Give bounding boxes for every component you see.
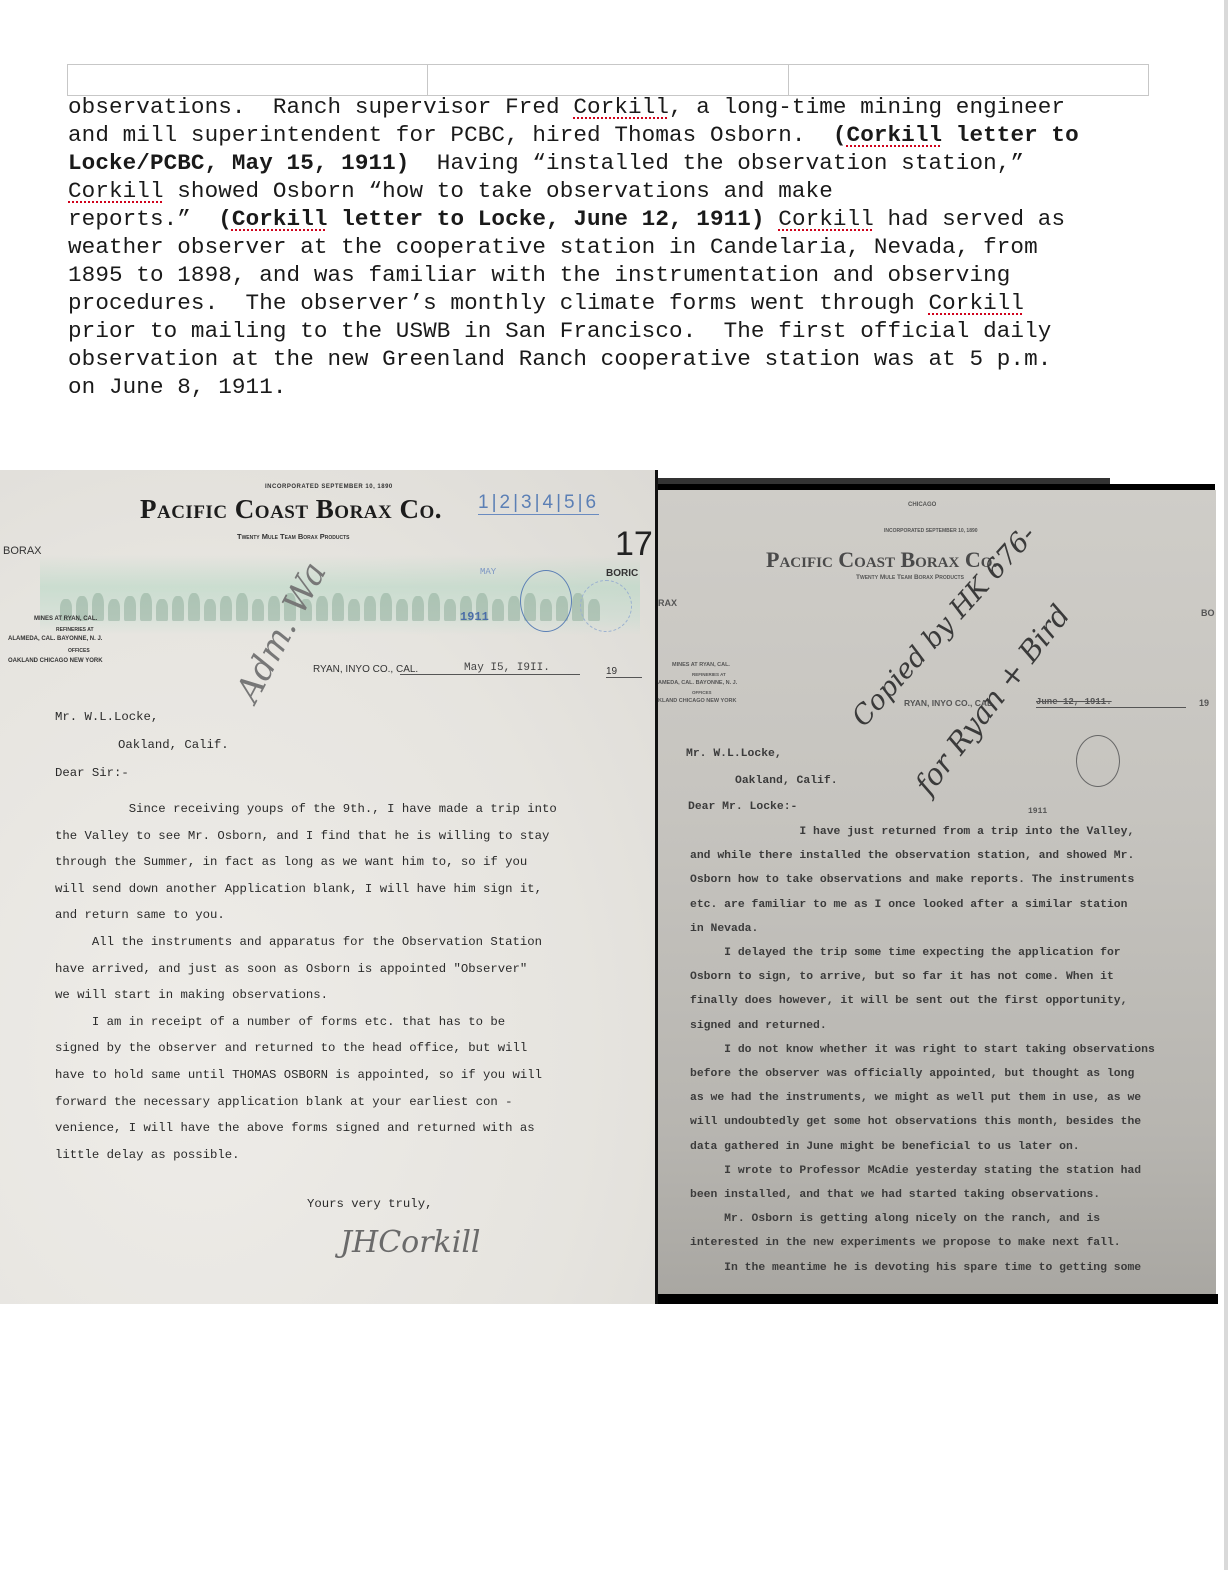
paragraph-line: observation at the new Greenland Ranch c… — [68, 345, 1168, 373]
letter-salutation: Dear Mr. Locke:- — [688, 801, 797, 813]
paragraph-line: weather observer at the cooperative stat… — [68, 233, 1168, 261]
received-stamp-year: 1911 — [1028, 807, 1047, 816]
citation-text: ( — [833, 122, 847, 148]
letter-line: have arrived, and just as soon as Osborn… — [55, 962, 527, 976]
mule-icon — [428, 593, 440, 621]
letterhead-company-name: Pacific Coast Borax Co. — [766, 547, 998, 573]
letter-line: I have just returned from a trip into th… — [690, 826, 1134, 838]
letterhead-subtitle: Twenty Mule Team Borax Products — [237, 532, 350, 541]
letterhead-mines: MINES AT RYAN, CAL. — [34, 616, 97, 622]
letter-date: May I5, I9II. — [400, 662, 580, 675]
letter-line: Osborn to sign, to arrive, but so far it… — [690, 971, 1114, 983]
paragraph-line: Corkill showed Osborn “how to take obser… — [68, 177, 1168, 205]
letterhead-borax-label: BORAX — [3, 545, 42, 557]
empty-table-row — [67, 64, 1149, 96]
mule-icon — [236, 593, 248, 621]
mule-icon — [444, 599, 456, 621]
citation-text: letter to Locke, June 12, 1911) — [328, 206, 765, 232]
letter-image-june-12-1911: CHICAGO INCORPORATED SEPTEMBER 10, 1890 … — [655, 470, 1228, 1304]
clock-stamp-icon — [520, 570, 572, 632]
letter-line: I wrote to Professor McAdie yesterday st… — [690, 1165, 1141, 1177]
mule-icon — [108, 599, 120, 621]
letter-line: will undoubtedly get some hot observatio… — [690, 1116, 1141, 1128]
letter-line: signed and returned. — [690, 1020, 827, 1032]
letter-line: finally does however, it will be sent ou… — [690, 995, 1127, 1007]
letterhead-incorporated: INCORPORATED SEPTEMBER 10, 1890 — [884, 528, 978, 534]
letter-line: I am in receipt of a number of forms etc… — [55, 1015, 505, 1029]
table-cell[interactable] — [789, 65, 1148, 95]
letter-line: we will start in making observations. — [55, 988, 328, 1002]
letterhead-company-name: Pacific Coast Borax Co. — [140, 494, 442, 525]
letter-line: venience, I will have the above forms si… — [55, 1121, 535, 1135]
received-stamp-year: 1911 — [460, 610, 489, 624]
mule-icon — [188, 593, 200, 621]
mule-icon — [396, 599, 408, 621]
mule-icon — [492, 599, 504, 621]
letter-line: and return same to you. — [55, 908, 225, 922]
letter-line: All the instruments and apparatus for th… — [55, 935, 542, 949]
letterhead-boric-label: BORIC — [606, 568, 638, 579]
mule-icon — [332, 593, 344, 621]
letter-salutation: Dear Sir:- — [55, 766, 129, 780]
letter-year-blank: 19 — [1199, 698, 1209, 708]
mule-icon — [220, 596, 232, 621]
letter-line: will send down another Application blank… — [55, 882, 542, 896]
citation-text: ( — [218, 206, 232, 232]
citation-text: letter to — [942, 122, 1079, 148]
misspelled-word: Corkill — [778, 206, 874, 232]
letter-line: interested in the new experiments we pro… — [690, 1237, 1121, 1249]
clock-stamp-icon — [1076, 735, 1120, 787]
mule-icon — [156, 599, 168, 621]
letterhead-mines: MINES AT RYAN, CAL. — [672, 662, 730, 668]
letter-line: in Nevada. — [690, 923, 758, 935]
letter-line: little delay as possible. — [55, 1148, 239, 1162]
letter-city: Oakland, Calif. — [735, 775, 838, 787]
letter-photo: CHICAGO INCORPORATED SEPTEMBER 10, 1890 … — [658, 490, 1216, 1294]
letter-line: signed by the observer and returned to t… — [55, 1041, 527, 1055]
letter-city: Oakland, Calif. — [118, 738, 229, 752]
letter-line: data gathered in June might be beneficia… — [690, 1141, 1080, 1153]
letterhead-offices: KLAND CHICAGO NEW YORK — [658, 698, 736, 704]
misspelled-word: Corkill — [232, 206, 328, 232]
paragraph-line: prior to mailing to the USWB in San Fran… — [68, 317, 1168, 345]
letterhead-city-top: CHICAGO — [908, 502, 936, 508]
letter-line: through the Summer, in fact as long as w… — [55, 855, 527, 869]
paragraph-line: reports.” (Corkill letter to Locke, June… — [68, 205, 1168, 233]
mule-icon — [508, 596, 520, 621]
letterhead-offices-label: OFFICES — [68, 648, 90, 654]
letter-image-may-15-1911: INCORPORATED SEPTEMBER 10, 1890 Pacific … — [0, 470, 655, 1304]
mule-icon — [172, 596, 184, 621]
received-stamp-numbers: 1|2|3|4|5|6 — [478, 492, 599, 515]
letter-closing: Yours very truly, — [307, 1197, 432, 1211]
mule-icon — [364, 596, 376, 621]
paragraph-line: procedures. The observer’s monthly clima… — [68, 289, 1168, 317]
misspelled-word: Corkill — [68, 178, 164, 204]
table-cell[interactable] — [68, 65, 428, 95]
letter-line: Osborn how to take observations and make… — [690, 874, 1134, 886]
letter-date: June 12, 1911. — [1036, 697, 1186, 708]
letter-line: I delayed the trip some time expecting t… — [690, 947, 1121, 959]
letter-line: Since receiving youps of the 9th., I hav… — [55, 802, 557, 816]
citation-text: Locke/PCBC, May 15, 1911) — [68, 150, 409, 176]
letterhead-refineries-label: REFINERIES AT — [56, 627, 94, 633]
handwritten-file-number: 17 — [615, 525, 653, 564]
letterhead-refineries: AMEDA, CAL. BAYONNE, N. J. — [658, 680, 737, 686]
letter-line: as we had the instruments, we might as w… — [690, 1092, 1141, 1104]
clock-stamp-icon — [580, 580, 632, 632]
letter-year-blank: 19 — [606, 666, 642, 678]
mule-icon — [124, 596, 136, 621]
letter-line: have to hold same until THOMAS OSBORN is… — [55, 1068, 542, 1082]
misspelled-word: Corkill — [928, 290, 1024, 316]
misspelled-word: Corkill — [573, 94, 669, 120]
photo-border — [658, 1294, 1218, 1304]
mule-icon — [252, 599, 264, 621]
mule-icon — [348, 599, 360, 621]
body-paragraph[interactable]: observations. Ranch supervisor Fred Cork… — [68, 93, 1168, 401]
letter-line: forward the necessary application blank … — [55, 1095, 513, 1109]
signature: JHCorkill — [340, 1225, 481, 1260]
letterhead-offices-label: OFFICES — [692, 690, 712, 695]
paragraph-line: observations. Ranch supervisor Fred Cork… — [68, 93, 1168, 121]
mule-icon — [412, 596, 424, 621]
letterhead-refineries-label: REFINERIES AT — [692, 672, 726, 677]
letterhead-refineries: ALAMEDA, CAL. BAYONNE, N. J. — [8, 636, 102, 642]
paragraph-line: on June 8, 1911. — [68, 373, 1168, 401]
table-cell[interactable] — [428, 65, 788, 95]
letter-addressee: Mr. W.L.Locke, — [686, 748, 782, 760]
mule-icon — [140, 593, 152, 621]
mule-icon — [380, 593, 392, 621]
paragraph-line: and mill superintendent for PCBC, hired … — [68, 121, 1168, 149]
letter-line: In the meantime he is devoting his spare… — [690, 1262, 1141, 1274]
letter-line: etc. are familiar to me as I once looked… — [690, 899, 1127, 911]
letter-line: been installed, and that we had started … — [690, 1189, 1100, 1201]
letterhead-offices: OAKLAND CHICAGO NEW YORK — [8, 658, 103, 664]
letterhead-incorporated: INCORPORATED SEPTEMBER 10, 1890 — [265, 484, 393, 490]
paragraph-line: Locke/PCBC, May 15, 1911) Having “instal… — [68, 149, 1168, 177]
misspelled-word: Corkill — [847, 122, 943, 148]
letter-line: the Valley to see Mr. Osborn, and I find… — [55, 829, 549, 843]
letter-line: Mr. Osborn is getting along nicely on th… — [690, 1213, 1100, 1225]
paragraph-line: 1895 to 1898, and was familiar with the … — [68, 261, 1168, 289]
letter-line: before the observer was officially appoi… — [690, 1068, 1134, 1080]
received-stamp-month: MAY — [480, 567, 496, 577]
letter-line: I do not know whether it was right to st… — [690, 1044, 1155, 1056]
letterhead-borax-label: RAX — [658, 598, 677, 608]
letter-addressee: Mr. W.L.Locke, — [55, 710, 158, 724]
letterhead-boric-label: BO — [1201, 608, 1215, 618]
mule-icon — [204, 599, 216, 621]
letter-date-text: May I5, I9II. — [464, 662, 550, 674]
letter-line: and while there installed the observatio… — [690, 850, 1134, 862]
letterhead-subtitle: Twenty Mule Team Borax Products — [856, 574, 964, 581]
